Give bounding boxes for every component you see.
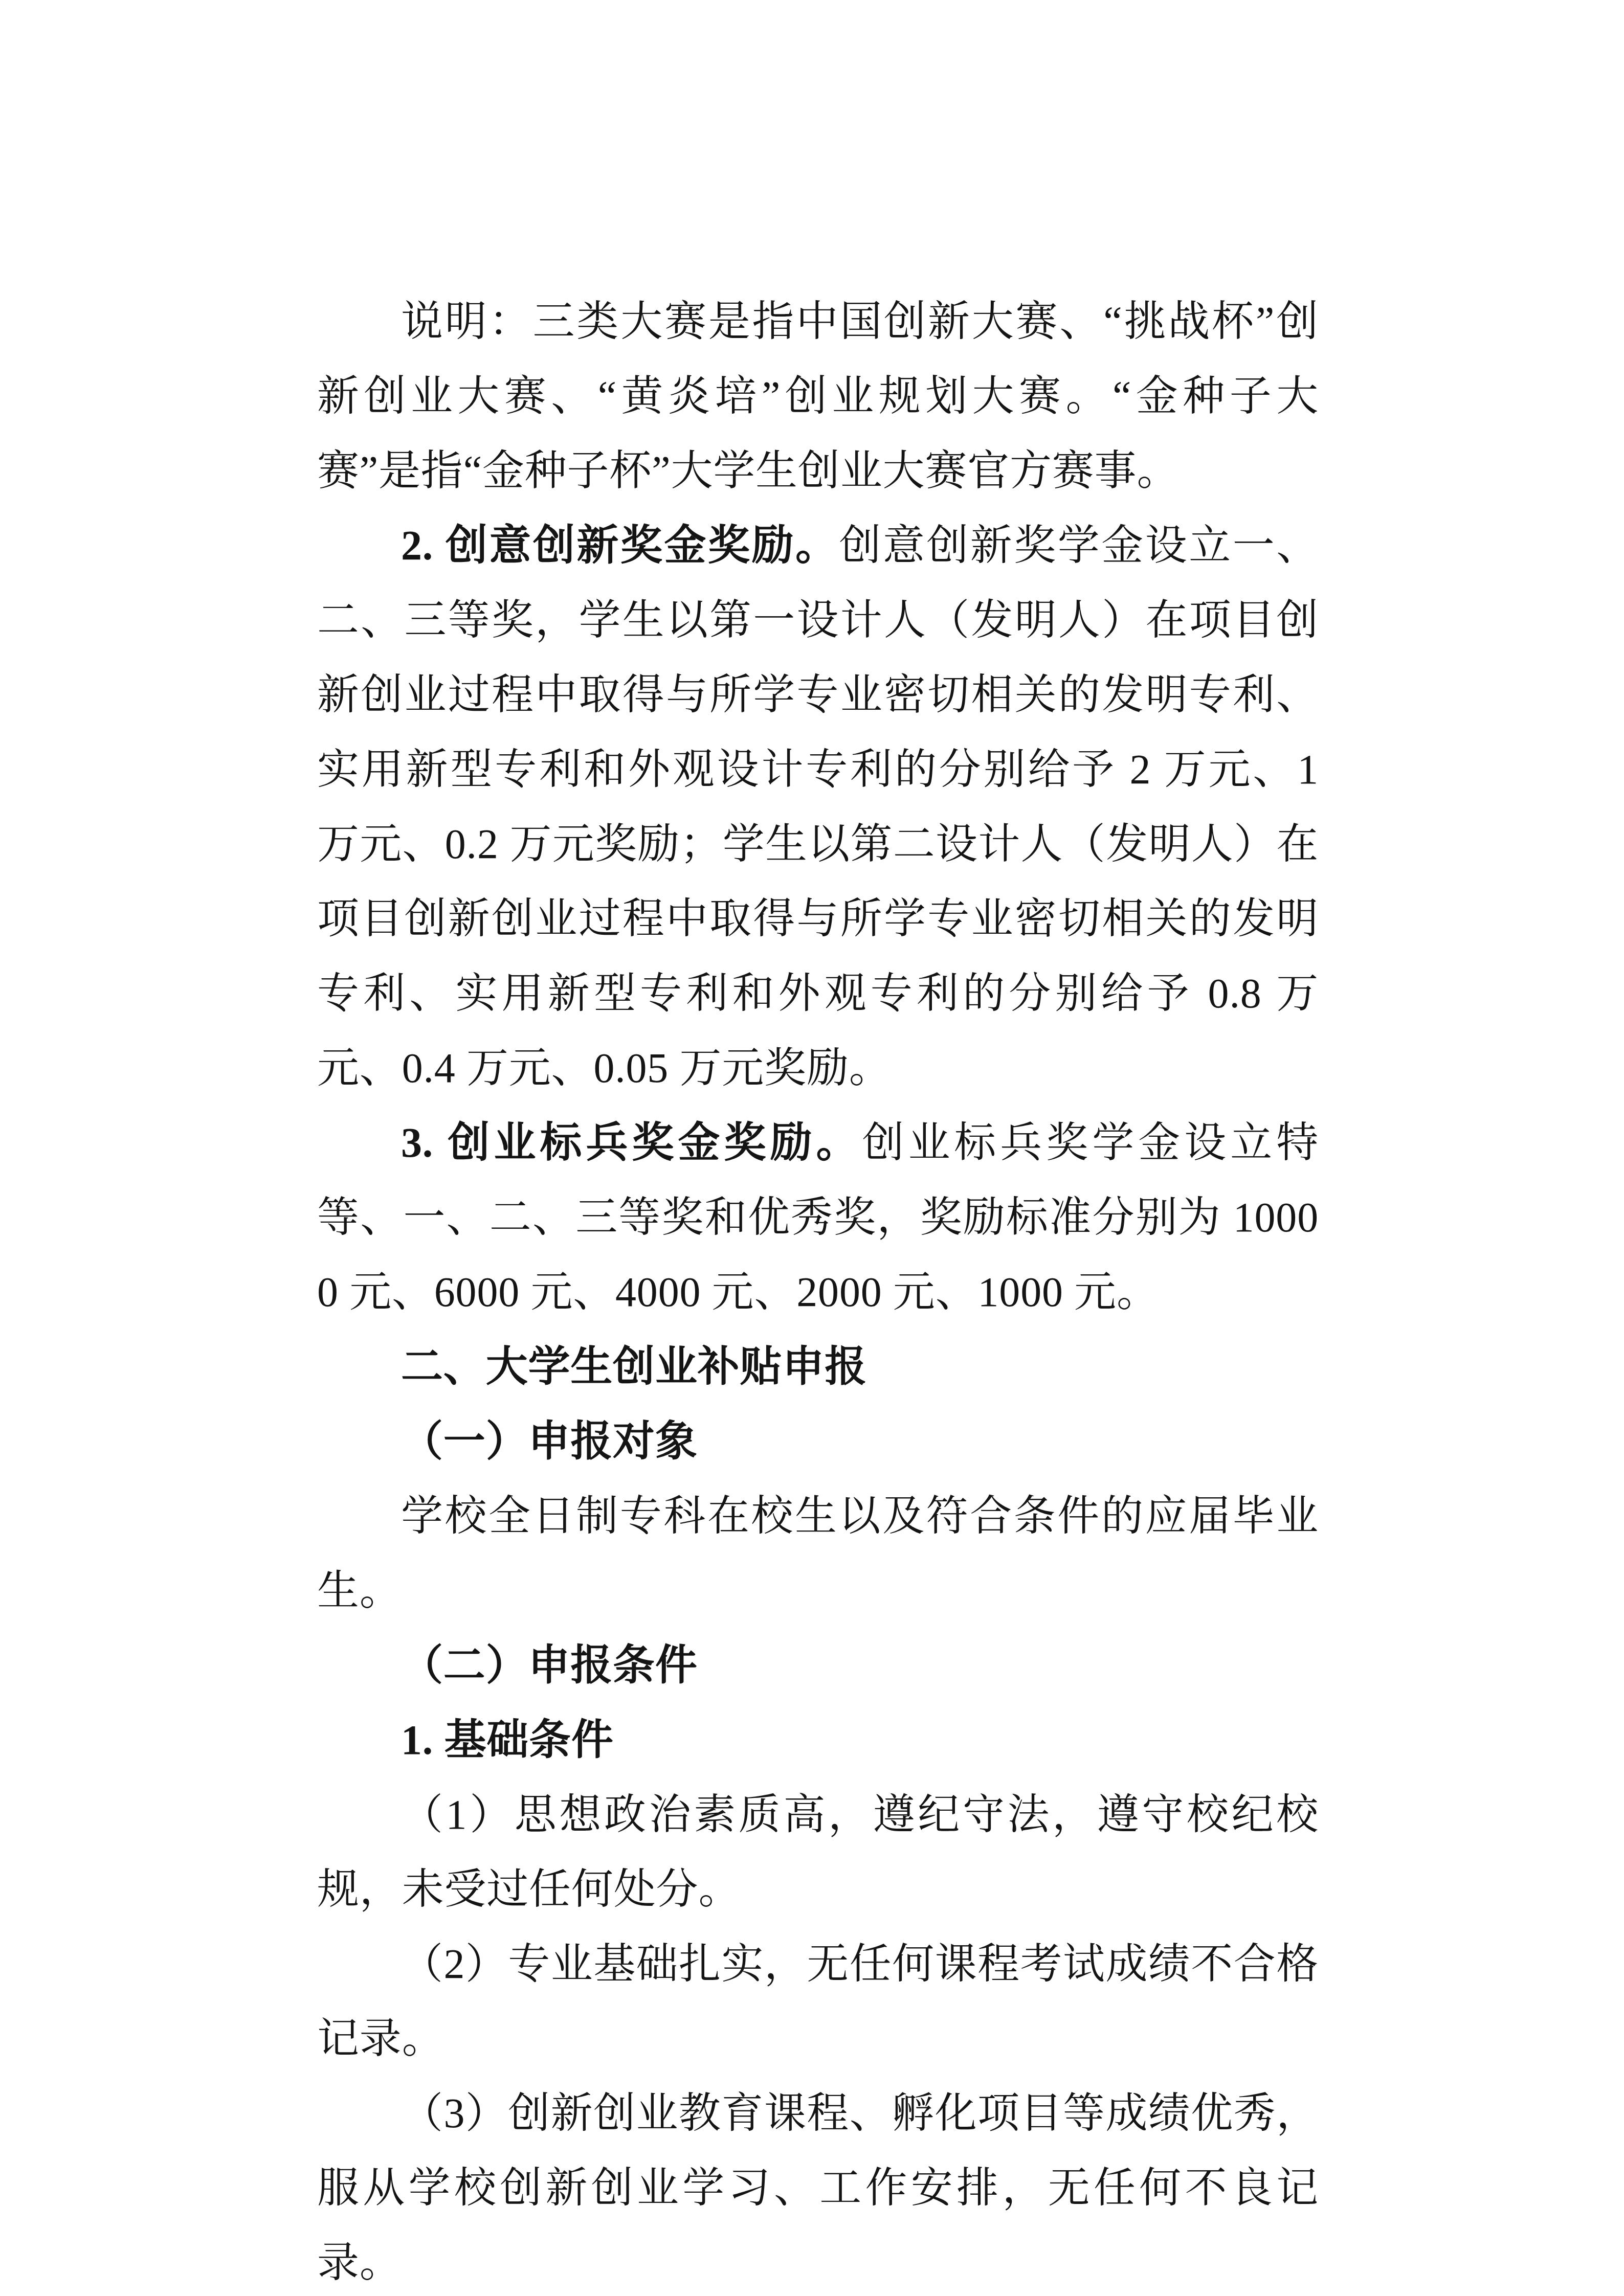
paragraph-text: （2）专业基础扎实，无任何课程考试成绩不合格记录。 [317, 1941, 1319, 2062]
paragraph-lead: 2. 创意创新奖金奖励。 [401, 522, 839, 569]
heading-text: （一）申报对象 [401, 1418, 698, 1465]
paragraph-text: （1）思想政治素质高，遵纪守法，遵守校纪校规，未受过任何处分。 [317, 1791, 1319, 1912]
heading-text: （二）申报条件 [401, 1642, 698, 1689]
subsection-heading-conditions: （二）申报条件 [317, 1628, 1319, 1703]
section-heading-subsidy-application: 二、大学生创业补贴申报 [317, 1330, 1319, 1404]
page-background: 说明：三类大赛是指中国创新大赛、“挑战杯”创新创业大赛、“黄炎培”创业规划大赛。… [0, 0, 1624, 2296]
subheading-basic-conditions: 1. 基础条件 [317, 1703, 1319, 1777]
paragraph-lead: 3. 创业标兵奖金奖励。 [401, 1119, 862, 1166]
paragraph-condition-1: （1）思想政治素质高，遵纪守法，遵守校纪校规，未受过任何处分。 [317, 1777, 1319, 1927]
heading-text: 二、大学生创业补贴申报 [401, 1343, 867, 1390]
paragraph-text: 说明：三类大赛是指中国创新大赛、“挑战杯”创新创业大赛、“黄炎培”创业规划大赛。… [317, 298, 1319, 494]
paragraph-note: 说明：三类大赛是指中国创新大赛、“挑战杯”创新创业大赛、“黄炎培”创业规划大赛。… [317, 284, 1319, 508]
paragraph-text: 学校全日制专科在校生以及符合条件的应届毕业生。 [317, 1493, 1319, 1614]
paragraph-text: 创意创新奖学金设立一、二、三等奖，学生以第一设计人（发明人）在项目创新创业过程中… [317, 522, 1319, 1091]
document-page: { "page": { "background": "#ffffff", "te… [0, 0, 1624, 2296]
paragraph-condition-3: （3）创新创业教育课程、孵化项目等成绩优秀，服从学校创新创业学习、工作安排，无任… [317, 2076, 1319, 2296]
paragraph-text: （3）创新创业教育课程、孵化项目等成绩优秀，服从学校创新创业学习、工作安排，无任… [317, 2090, 1319, 2286]
document-body: 说明：三类大赛是指中国创新大赛、“挑战杯”创新创业大赛、“黄炎培”创业规划大赛。… [317, 284, 1319, 2296]
paragraph-award-innovation: 2. 创意创新奖金奖励。创意创新奖学金设立一、二、三等奖，学生以第一设计人（发明… [317, 508, 1319, 1106]
paragraph-condition-2: （2）专业基础扎实，无任何课程考试成绩不合格记录。 [317, 1927, 1319, 2076]
heading-text: 1. 基础条件 [401, 1717, 614, 1763]
paragraph-award-pacesetter: 3. 创业标兵奖金奖励。创业标兵奖学金设立特等、一、二、三等奖和优秀奖，奖励标准… [317, 1106, 1319, 1330]
paragraph-applicants: 学校全日制专科在校生以及符合条件的应届毕业生。 [317, 1479, 1319, 1628]
subsection-heading-applicants: （一）申报对象 [317, 1404, 1319, 1479]
